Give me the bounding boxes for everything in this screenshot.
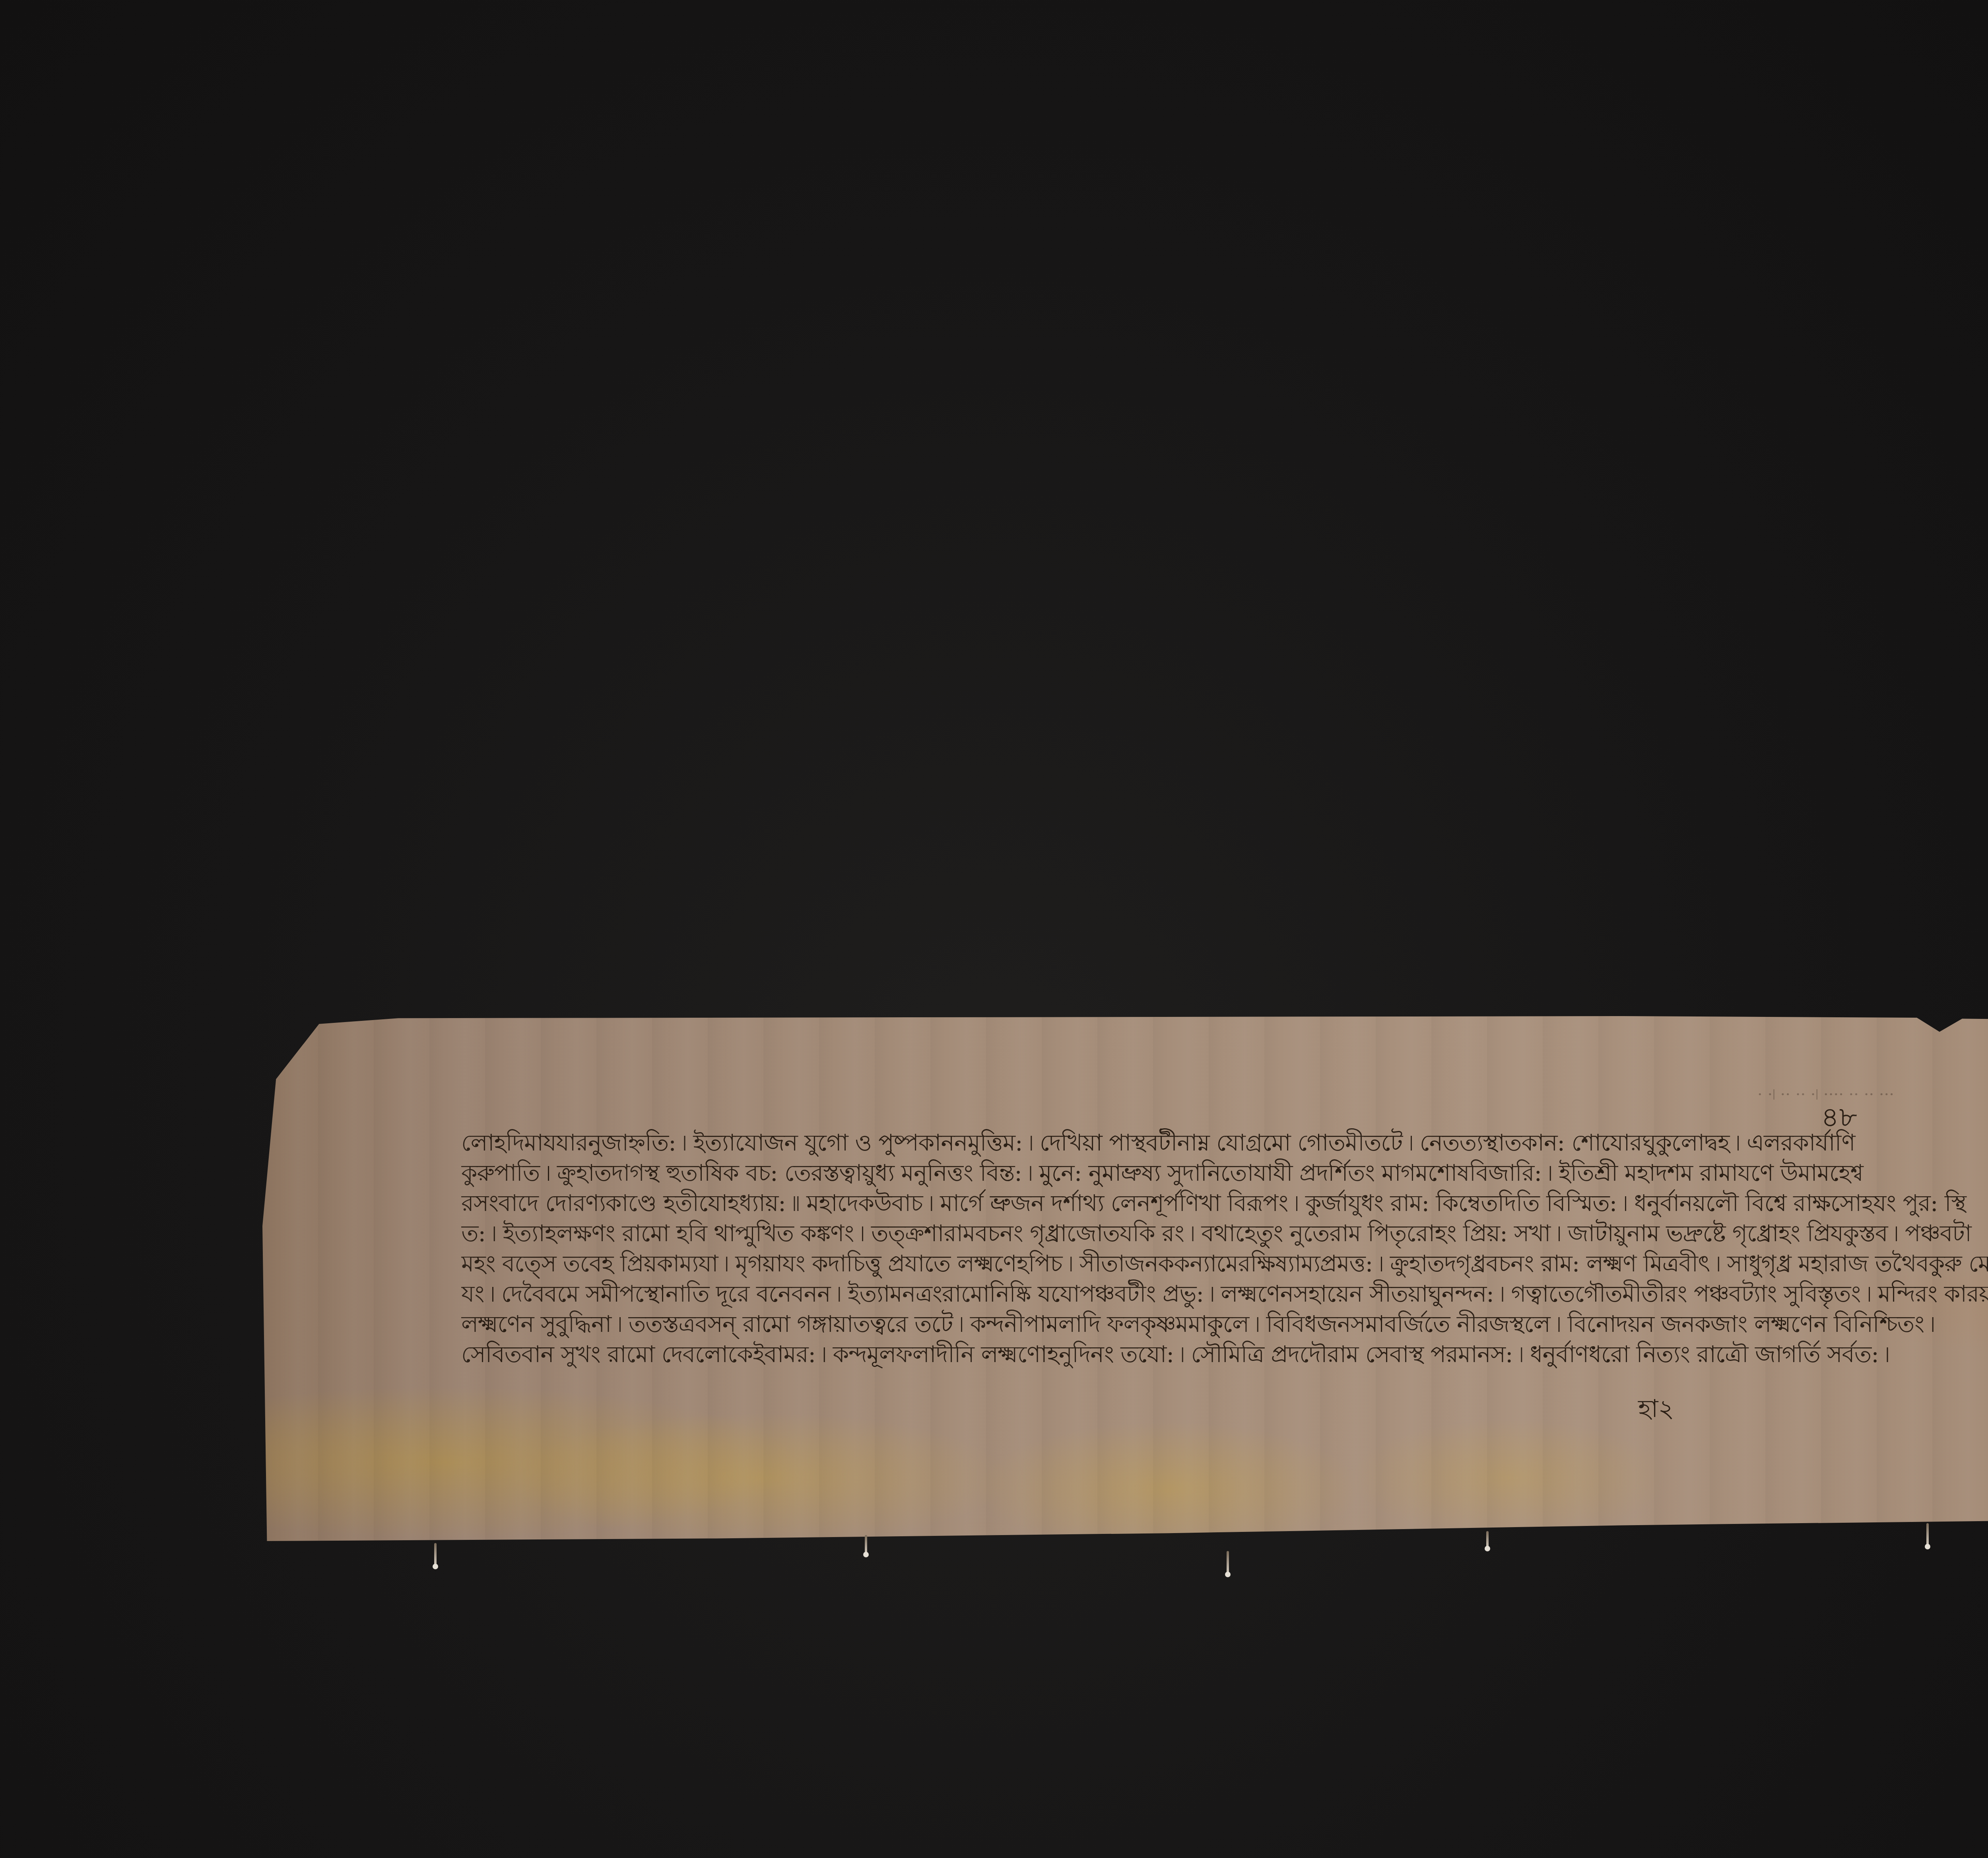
mounting-pin [1486,1531,1489,1549]
mounting-pin [434,1543,437,1567]
faint-header-note: · ·৷ ·· ·· ·৷ ···· ·· ·· ··· [1757,1082,1894,1108]
manuscript-text: লোহদিমাযযারনুজাহ্নতি: ৷ ইত্যাযোজন যুগো ও… [461,1127,1988,1369]
text-line-6: যং ৷ দেবৈবমে সমীপস্থোনাতি দূরে বনেবনন ৷ … [461,1279,1988,1309]
folio-number-top: ৪৮ [1821,1096,1857,1142]
text-line-4: ত: ৷ ইত্যাহলক্ষণং রামো হবি থাপ্মুখিত কঙ্… [461,1218,1988,1248]
text-line-1: লোহদিমাযযারনুজাহ্নতি: ৷ ইত্যাযোজন যুগো ও… [461,1127,1988,1158]
folio-number-bottom: হা২ [1638,1390,1674,1431]
mounting-pin [1227,1551,1229,1575]
text-line-8: সেবিতবান সুখং রামো দেবলোকেইবামর: ৷ কন্দম… [461,1339,1988,1369]
text-line-5: মহং বত্সে তবেহ প্রিয়কাম্যযা ৷ মৃগয়াযং … [461,1248,1988,1279]
text-line-2: কুরুপাতি ৷ ক্রুহাতদাগস্থ হুতাষিক বচ: তের… [461,1158,1988,1188]
text-line-3: রসংবাদে দোরণ্যকাণ্ডে হতীযোহধ্যায়: ৷৷ মহ… [461,1188,1988,1218]
mounting-pin [865,1535,867,1555]
manuscript-folio: · ·৷ ·· ·· ·৷ ···· ·· ·· ··· ৪৮ রোনা লোহ… [262,1016,1988,1541]
mounting-pin [1926,1523,1929,1547]
text-line-7: লক্ষ্মণেন সুবুদ্ধিনা ৷ ততস্তত্রবসন্ রামো… [461,1309,1988,1339]
